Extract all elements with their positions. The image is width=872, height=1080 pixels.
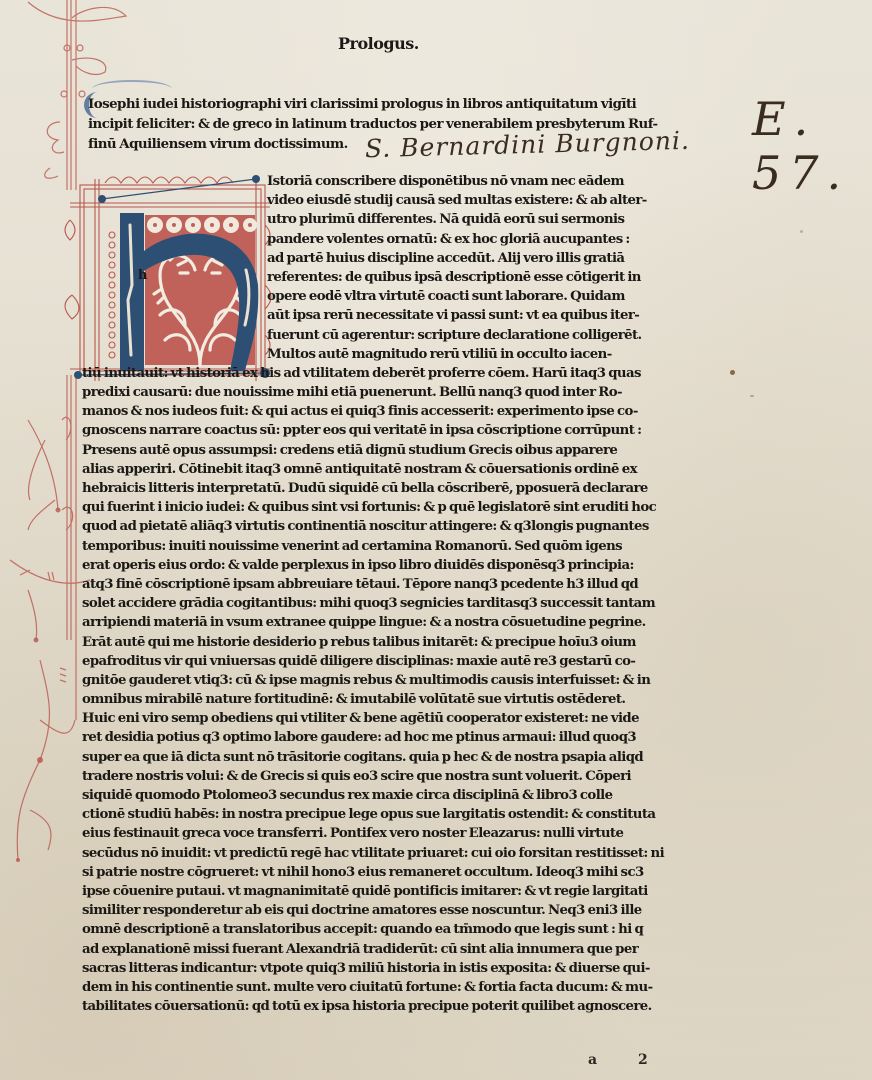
body-line: omnē descriptionē a translatoribus accep…: [82, 920, 672, 939]
body-line: arripiendi materiā in vsum extranee quip…: [82, 613, 672, 632]
handwritten-shelfmark: E. 57.: [752, 92, 872, 200]
body-line: tabilitates cōuersationū: qd totū ex ips…: [82, 997, 672, 1016]
body-line: dem in his continentie sunt. multe vero …: [82, 978, 672, 997]
body-line: predixi causarū: due nouissime mihi etiā…: [82, 383, 672, 402]
body-line: hebraicis litteris interpretatū. Dudū si…: [82, 479, 672, 498]
body-line: Istoriā conscribere disponētibus nō vnam…: [82, 172, 672, 191]
body-line: Presens autē opus assumpsi: credens etiā…: [82, 441, 672, 460]
running-head: Prologus.: [338, 34, 419, 53]
body-line: pandere volentes ornatū: & ex hoc gloriā…: [82, 230, 672, 249]
body-line: erat operis eius ordo: & valde perplexus…: [82, 556, 672, 575]
body-line: Huic eni viro semp obediens qui vtiliter…: [82, 709, 672, 728]
paper-speck: [800, 230, 803, 233]
body-text: Istoriā conscribere disponētibus nō vnam…: [82, 172, 672, 1035]
manuscript-page: Prologus. Iosephi iudei historiographi v…: [0, 0, 872, 1080]
body-line: manos & nos iudeos fuit: & qui actus ei …: [82, 402, 672, 421]
body-line: eius festinauit greca voce transferri. P…: [82, 824, 672, 843]
body-line: video eiusdē studij causā sed multas exi…: [82, 191, 672, 210]
body-line: alias apperiri. Cōtinebit itaq3 omnē ant…: [82, 460, 672, 479]
intro-line: Iosephi iudei historiographi viri claris…: [88, 94, 668, 114]
body-line: ad partē huius discipline accedūt. Alij …: [82, 249, 672, 268]
body-line: qui fuerint i inicio iudei: & quibus sin…: [82, 498, 672, 517]
body-line: super ea que iā dicta sunt nō trāsitorie…: [82, 748, 672, 767]
body-line: atq3 finē cōscriptionē ipsam abbreuiare …: [82, 575, 672, 594]
body-line: ret desidia potius q3 optimo labore gaud…: [82, 728, 672, 747]
body-line: opere eodē vltra virtutē coacti sunt lab…: [82, 287, 672, 306]
body-line: ad explanationē missi fuerant Alexandriā…: [82, 940, 672, 959]
body-line: similiter responderetur ab eis qui doctr…: [82, 901, 672, 920]
body-line: gnitōe gauderet vtiq3: cū & ipse magnis …: [82, 671, 672, 690]
body-line: secūdus nō inuidit: vt predictū regē hac…: [82, 844, 672, 863]
body-line: ipse cōuenire putaui. vt magnanimitatē q…: [82, 882, 672, 901]
body-line: omnibus mirabilē nature fortitudinē: & i…: [82, 690, 672, 709]
body-line: [82, 1016, 672, 1035]
body-line: fuerunt cū agerentur: scripture declarat…: [82, 326, 672, 345]
body-line: ctionē studiū habēs: in nostra precipue …: [82, 805, 672, 824]
body-line: siquidē quomodo Ptolomeo3 secundus rex m…: [82, 786, 672, 805]
body-line: tiū inuitauit: vt historiā ex his ad vti…: [82, 364, 672, 383]
signature-mark: a 2: [588, 1052, 666, 1068]
body-line: Multos autē magnitudo rerū vtiliū in occ…: [82, 345, 672, 364]
body-line: referentes: de quibus ipsā descriptionē …: [82, 268, 672, 287]
paper-speck: [750, 395, 754, 397]
body-line: si patrie nostre cōgrueret: vt nihil hon…: [82, 863, 672, 882]
body-line: quod ad pietatē aliāq3 virtutis continen…: [82, 517, 672, 536]
body-line: aūt ipsa rerū necessitate vi passi sunt:…: [82, 306, 672, 325]
body-line: solet accidere grādia cogitantibus: mihi…: [82, 594, 672, 613]
body-line: tradere nostris volui: & de Grecis si qu…: [82, 767, 672, 786]
paper-speck: [730, 370, 735, 375]
body-line: temporibus: inuiti nouissime venerint ad…: [82, 537, 672, 556]
body-line: sacras litteras indicantur: vtpote quiq3…: [82, 959, 672, 978]
body-line: epafroditus vir qui vniuersas quidē dili…: [82, 652, 672, 671]
body-line: utro plurimū differentes. Nā quidā eorū …: [82, 210, 672, 229]
body-line: Erāt autē qui me historie desiderio p re…: [82, 633, 672, 652]
body-line: gnoscens narrare coactus sū: ppter eos q…: [82, 421, 672, 440]
